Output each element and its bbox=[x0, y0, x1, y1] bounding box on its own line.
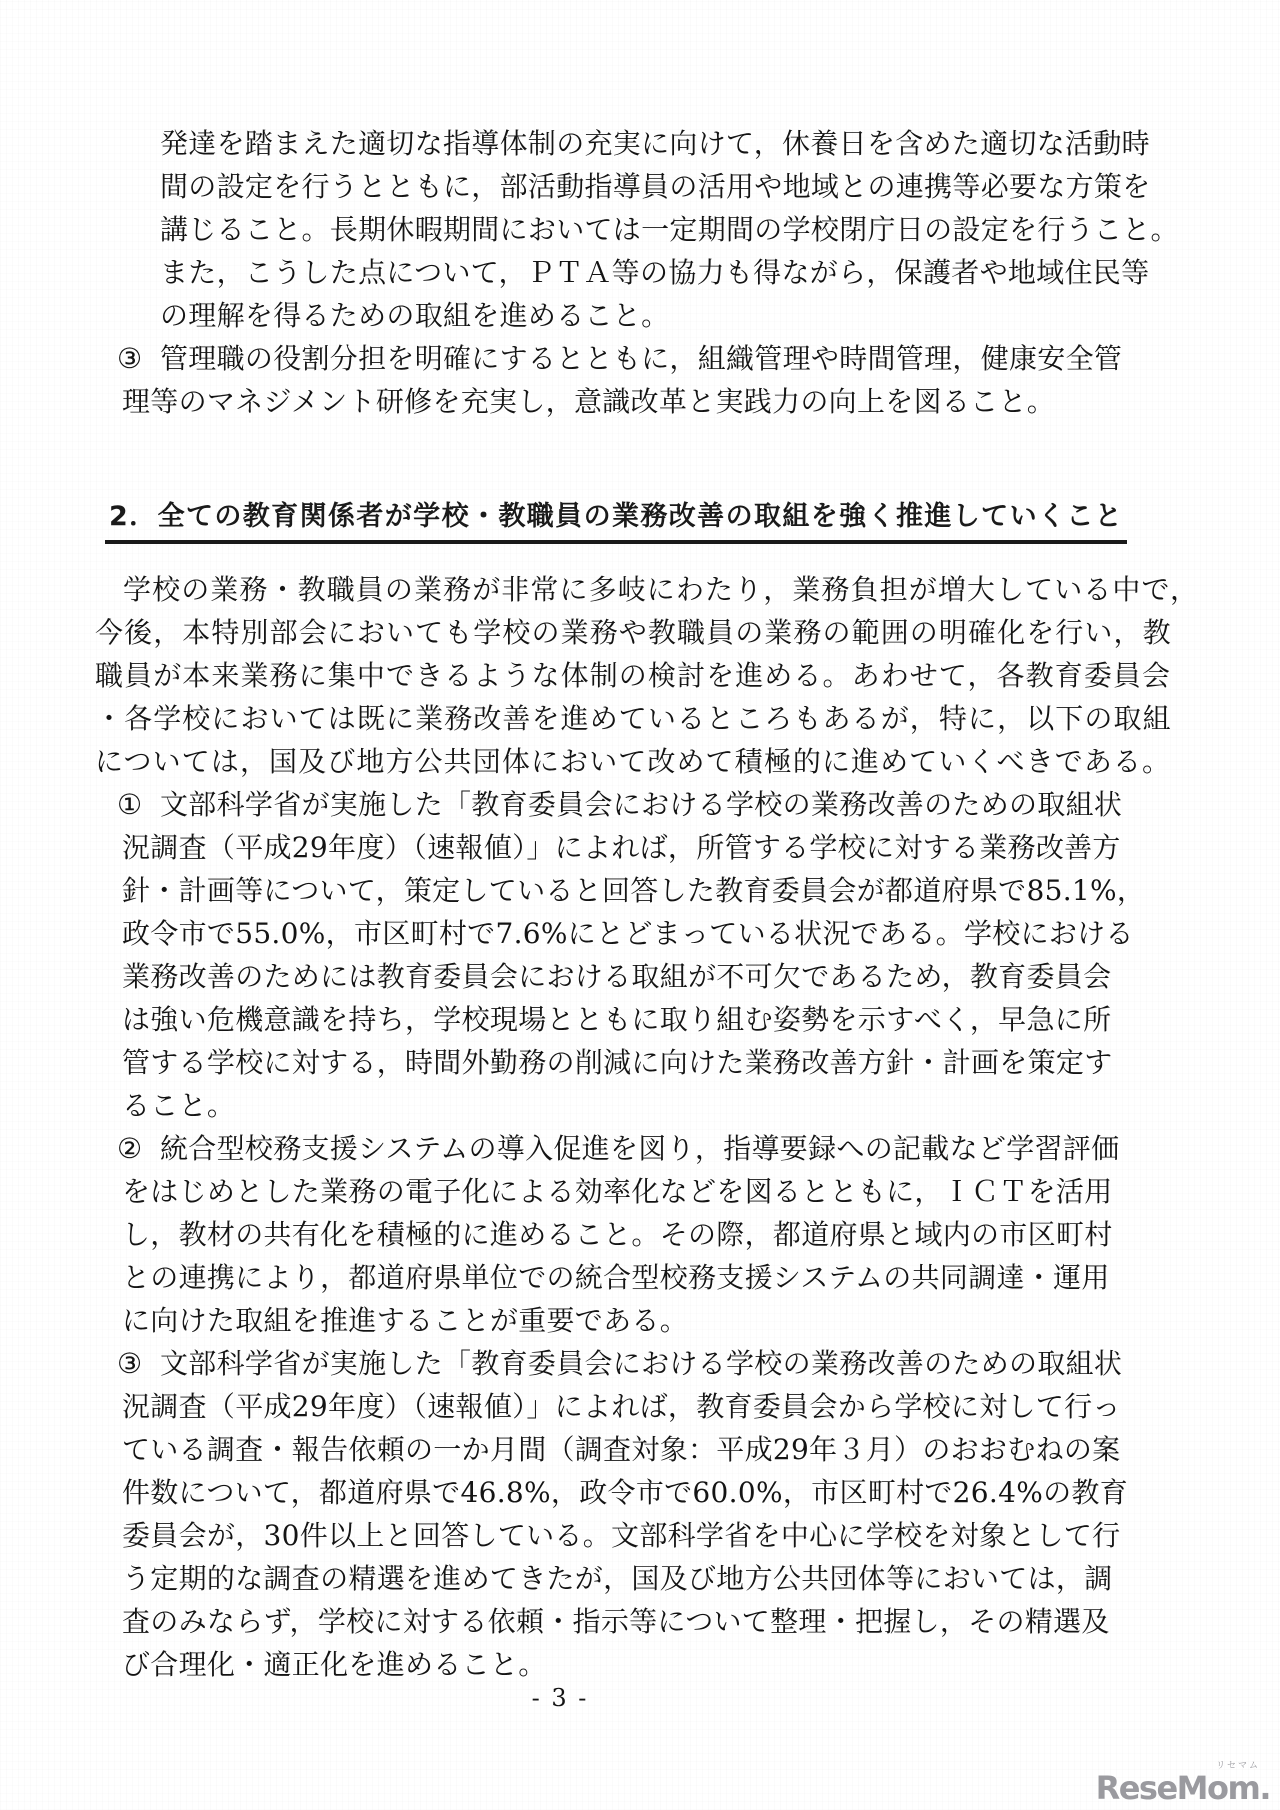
item-number-circle: ② bbox=[117, 1127, 160, 1170]
body-line: 今後，本特別部会においても学校の業務や教職員の業務の範囲の明確化を行い，教 bbox=[95, 611, 1170, 654]
paragraph-continuation: 発達を踏まえた適切な指導体制の充実に向けて，休養日を含めた適切な活動時 間の設定… bbox=[95, 122, 1170, 337]
lead-paragraph: 学校の業務・教職員の業務が非常に多岐にわたり，業務負担が増大している中で， 今後… bbox=[95, 568, 1170, 783]
item-number-circle: ① bbox=[117, 783, 160, 826]
body-line: をはじめとした業務の電子化による効率化などを図るとともに，ＩＣＴを活用 bbox=[95, 1170, 1170, 1213]
numbered-item: ①文部科学省が実施した「教育委員会における学校の業務改善のための取組状 況調査（… bbox=[95, 783, 1170, 1127]
numbered-item: ③文部科学省が実施した「教育委員会における学校の業務改善のための取組状 況調査（… bbox=[95, 1342, 1170, 1686]
body-line: 針・計画等について，策定していると回答した教育委員会が都道府県で85.1%， bbox=[95, 869, 1170, 912]
body-line: ①文部科学省が実施した「教育委員会における学校の業務改善のための取組状 bbox=[95, 783, 1170, 826]
body-line: 管する学校に対する，時間外勤務の削減に向けた業務改善方針・計画を策定す bbox=[95, 1041, 1170, 1084]
body-line: ③管理職の役割分担を明確にするとともに，組織管理や時間管理，健康安全管 bbox=[95, 337, 1170, 380]
body-line: 業務改善のためには教育委員会における取組が不可欠であるため，教育委員会 bbox=[95, 955, 1170, 998]
body-line: ・各学校においては既に業務改善を進めているところもあるが，特に，以下の取組 bbox=[95, 697, 1170, 740]
item-text: 統合型校務支援システムの導入促進を図り，指導要録への記載など学習評価 bbox=[160, 1132, 1119, 1165]
numbered-item: ②統合型校務支援システムの導入促進を図り，指導要録への記載など学習評価 をはじめ… bbox=[95, 1127, 1170, 1342]
body-line: は強い危機意識を持ち，学校現場とともに取り組む姿勢を示すべく，早急に所 bbox=[95, 998, 1170, 1041]
body-line: 況調査（平成29年度）（速報値）」によれば，教育委員会から学校に対して行っ bbox=[95, 1385, 1170, 1428]
body-line: 件数について，都道府県で46.8%，政令市で60.0%，市区町村で26.4%の教… bbox=[95, 1471, 1170, 1514]
body-line: 職員が本来業務に集中できるような体制の検討を進める。あわせて，各教育委員会 bbox=[95, 654, 1170, 697]
body-line: また，こうした点について，ＰＴＡ等の協力も得ながら，保護者や地域住民等 bbox=[95, 251, 1170, 294]
watermark-wordmark: ReseMom. bbox=[1096, 1769, 1270, 1807]
body-line: 学校の業務・教職員の業務が非常に多岐にわたり，業務負担が増大している中で， bbox=[95, 568, 1170, 611]
body-line: 理等のマネジメント研修を充実し，意識改革と実践力の向上を図ること。 bbox=[95, 380, 1170, 423]
item-text: 文部科学省が実施した「教育委員会における学校の業務改善のための取組状 bbox=[160, 788, 1122, 821]
resemom-watermark-logo: リセマム ReseMom. bbox=[1096, 1762, 1270, 1804]
body-line: 間の設定を行うとともに，部活動指導員の活用や地域との連携等必要な方策を bbox=[95, 165, 1170, 208]
item-text: 管理職の役割分担を明確にするとともに，組織管理や時間管理，健康安全管 bbox=[160, 342, 1122, 375]
body-line: との連携により，都道府県単位での統合型校務支援システムの共同調達・運用 bbox=[95, 1256, 1170, 1299]
body-line: 査のみならず，学校に対する依頼・指示等について整理・把握し，その精選及 bbox=[95, 1600, 1170, 1643]
body-line: については，国及び地方公共団体において改めて積極的に進めていくべきである。 bbox=[95, 740, 1170, 783]
body-line: の理解を得るための取組を進めること。 bbox=[95, 294, 1170, 337]
body-line: 況調査（平成29年度）（速報値）」によれば，所管する学校に対する業務改善方 bbox=[95, 826, 1170, 869]
section-heading: 2．全ての教育関係者が学校・教職員の業務改善の取組を強く推進していくこと bbox=[105, 497, 1127, 544]
body-line: ること。 bbox=[95, 1084, 1170, 1127]
item-text: 文部科学省が実施した「教育委員会における学校の業務改善のための取組状 bbox=[160, 1347, 1122, 1380]
body-line: 講じること。長期休暇期間においては一定期間の学校閉庁日の設定を行うこと。 bbox=[95, 208, 1170, 251]
body-line: 委員会が，30件以上と回答している。文部科学省を中心に学校を対象として行 bbox=[95, 1514, 1170, 1557]
body-line: し，教材の共有化を積極的に進めること。その際，都道府県と域内の市区町村 bbox=[95, 1213, 1170, 1256]
document-content: 発達を踏まえた適切な指導体制の充実に向けて，休養日を含めた適切な活動時 間の設定… bbox=[95, 122, 1170, 1718]
body-line: 政令市で55.0%，市区町村で7.6%にとどまっている状況である。学校における bbox=[95, 912, 1170, 955]
item-number-circle: ③ bbox=[117, 337, 160, 380]
item-number-circle: ③ bbox=[117, 1342, 160, 1385]
body-line: に向けた取組を推進することが重要である。 bbox=[95, 1299, 1170, 1342]
body-line: ②統合型校務支援システムの導入促進を図り，指導要録への記載など学習評価 bbox=[95, 1127, 1170, 1170]
body-line: ③文部科学省が実施した「教育委員会における学校の業務改善のための取組状 bbox=[95, 1342, 1170, 1385]
body-line: 発達を踏まえた適切な指導体制の充実に向けて，休養日を含めた適切な活動時 bbox=[95, 122, 1170, 165]
body-line: ている調査・報告依頼の一か月間（調査対象：平成29年３月）のおおむねの案 bbox=[95, 1428, 1170, 1471]
document-page: 発達を踏まえた適切な指導体制の充実に向けて，休養日を含めた適切な活動時 間の設定… bbox=[0, 0, 1280, 1810]
numbered-item: ③管理職の役割分担を明確にするとともに，組織管理や時間管理，健康安全管 理等のマ… bbox=[95, 337, 1170, 423]
body-line: う定期的な調査の精選を進めてきたが，国及び地方公共団体等においては，調 bbox=[95, 1557, 1170, 1600]
